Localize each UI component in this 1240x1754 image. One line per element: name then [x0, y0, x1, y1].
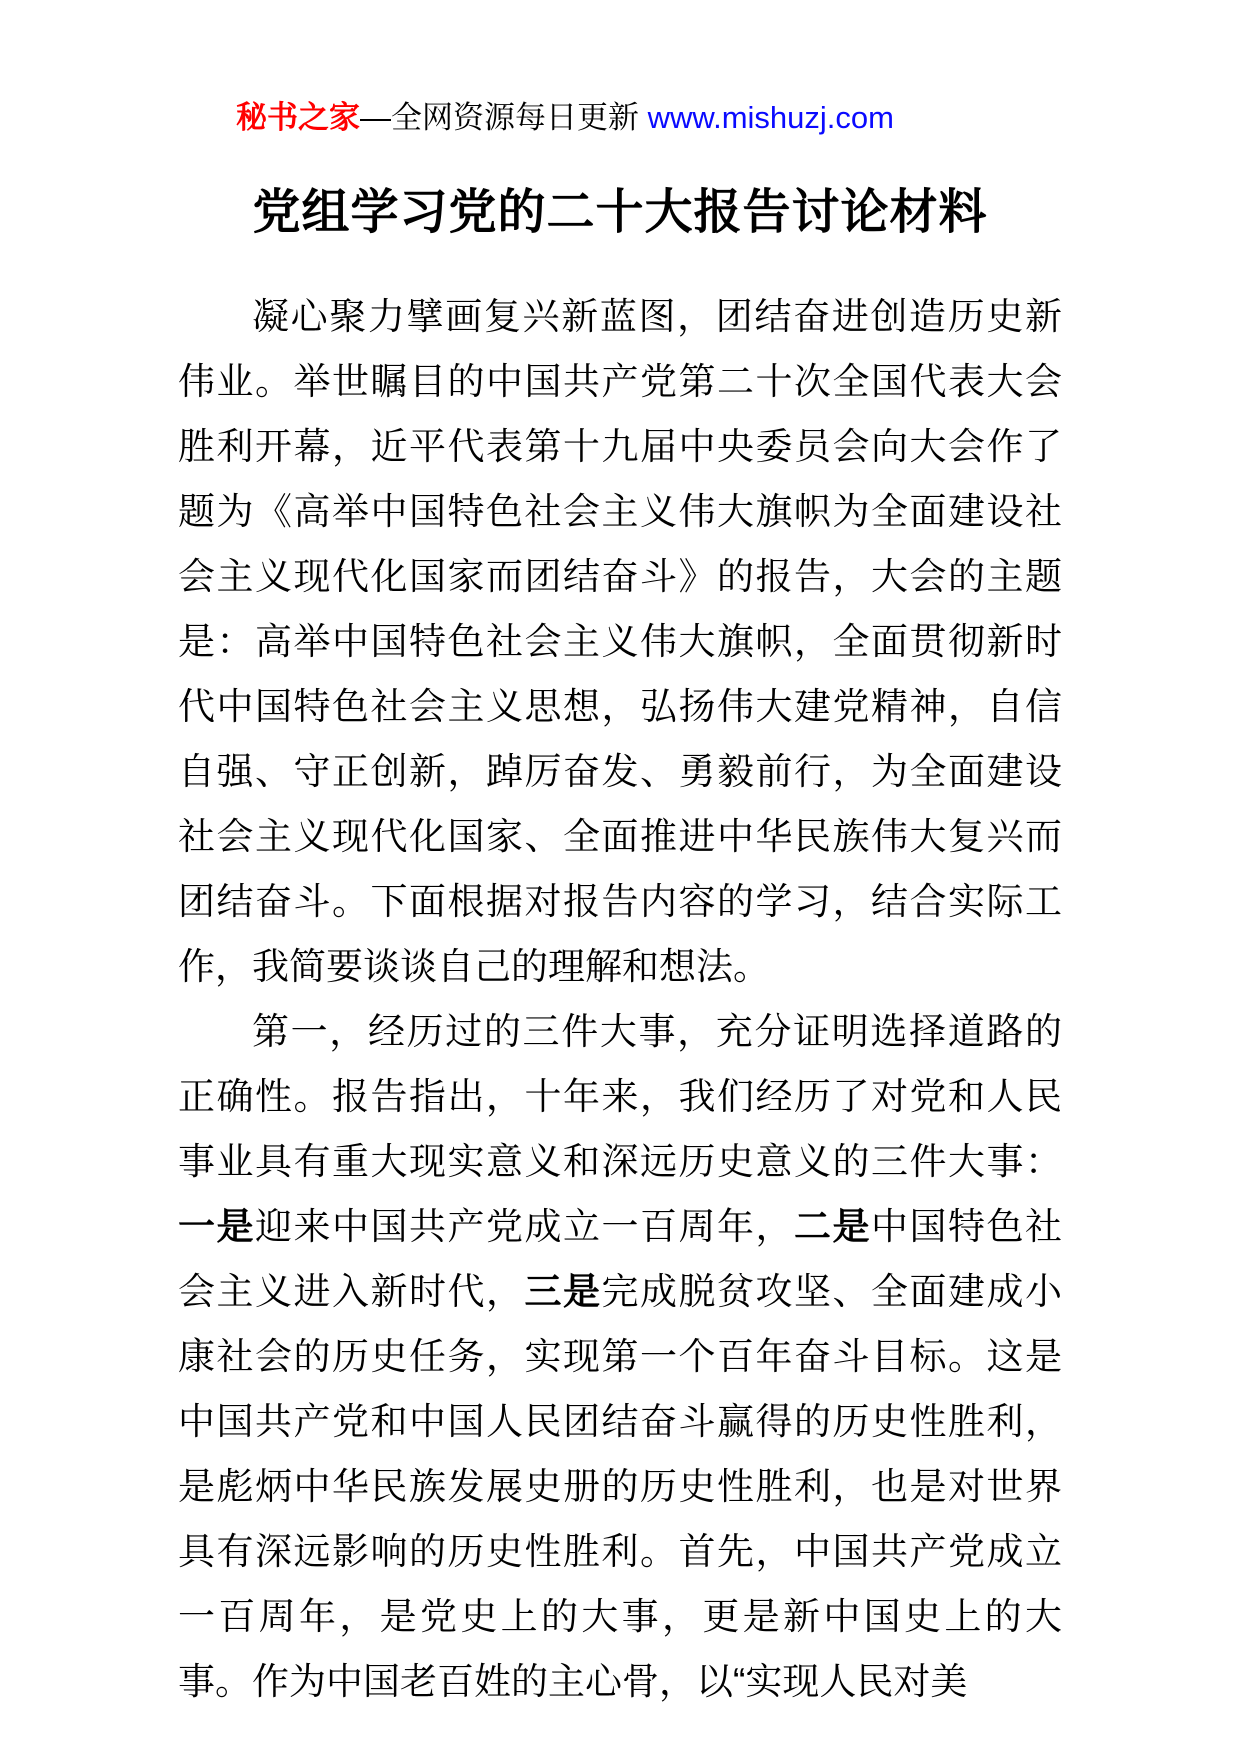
- text-segment: 完成脱贫攻坚、全面建成小康社会的历史任务，实现第一个百年奋斗目标。这是中国共产党…: [178, 1271, 1062, 1702]
- bold-text-segment: 三是: [525, 1271, 602, 1312]
- text-segment: 凝心聚力擘画复兴新蓝图，团结奋进创造历史新伟业。举世瞩目的中国共产党第二十次全国…: [178, 296, 1062, 987]
- document-body: 凝心聚力擘画复兴新蓝图，团结奋进创造历史新伟业。举世瞩目的中国共产党第二十次全国…: [178, 284, 1062, 1714]
- site-header: 秘书之家—全网资源每日更新 www.mishuzj.com: [0, 96, 1185, 140]
- paragraph: 凝心聚力擘画复兴新蓝图，团结奋进创造历史新伟业。举世瞩目的中国共产党第二十次全国…: [178, 284, 1062, 999]
- bold-text-segment: 一是: [178, 1206, 255, 1247]
- document-page: 秘书之家—全网资源每日更新 www.mishuzj.com 党组学习党的二十大报…: [0, 0, 1240, 1754]
- text-segment: 迎来中国共产党成立一百周年，: [255, 1206, 794, 1247]
- site-name: 秘书之家: [236, 100, 360, 135]
- site-tagline: —全网资源每日更新: [360, 100, 648, 135]
- site-url-link[interactable]: www.mishuzj.com: [648, 100, 894, 135]
- bold-text-segment: 二是: [794, 1206, 871, 1247]
- text-segment: 第一，经历过的三件大事，充分证明选择道路的正确性。报告指出，十年来，我们经历了对…: [178, 1011, 1062, 1182]
- document-title: 党组学习党的二十大报告讨论材料: [0, 182, 1240, 244]
- paragraph: 第一，经历过的三件大事，充分证明选择道路的正确性。报告指出，十年来，我们经历了对…: [178, 999, 1062, 1714]
